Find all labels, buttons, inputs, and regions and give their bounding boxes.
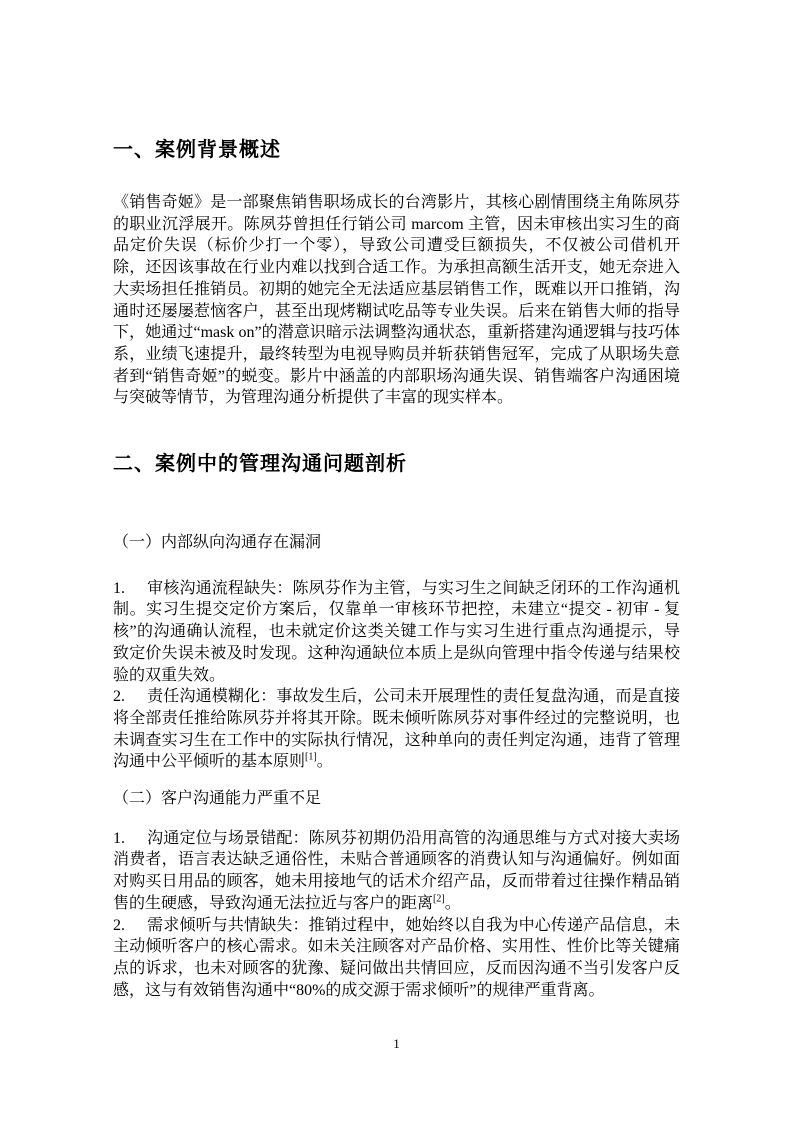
- subsection-2-heading: （二）客户沟通能力严重不足: [113, 788, 680, 810]
- section-2-heading: 二、案例中的管理沟通问题剖析: [113, 452, 680, 476]
- list-item-customer-2: 2.需求倾听与共情缺失：推销过程中，她始终以自我为中心传递产品信息，未主动倾听客…: [113, 915, 680, 1002]
- footnote-ref-2: [2]: [433, 894, 445, 905]
- item-number: 1.: [113, 828, 147, 850]
- item-text: 沟通定位与场景错配：陈夙芬初期仍沿用高管的沟通思维与方式对接大卖场消费者，语言表…: [113, 830, 680, 912]
- item-text: 审核沟通流程缺失：陈夙芬作为主管，与实习生之间缺乏闭环的工作沟通机制。实习生提交…: [113, 580, 680, 684]
- document-page: 一、案例背景概述 《销售奇姬》是一部聚焦销售职场成长的台湾影片，其核心剧情围绕主…: [0, 0, 793, 1122]
- subsection-1-heading: （一）内部纵向沟通存在漏洞: [113, 532, 680, 554]
- item-text: 责任沟通模糊化：事故发生后，公司未开展理性的责任复盘沟通，而是直接将全部责任推给…: [113, 688, 680, 770]
- item-number: 2.: [113, 915, 147, 937]
- section-1-heading: 一、案例背景概述: [113, 138, 680, 162]
- section-1-paragraph: 《销售奇姬》是一部聚焦销售职场成长的台湾影片，其核心剧情围绕主角陈夙芬的职业沉浮…: [113, 192, 680, 409]
- item-number: 1.: [113, 578, 147, 600]
- list-item-internal-1: 1.审核沟通流程缺失：陈夙芬作为主管，与实习生之间缺乏闭环的工作沟通机制。实习生…: [113, 578, 680, 687]
- item-text: 需求倾听与共情缺失：推销过程中，她始终以自我为中心传递产品信息，未主动倾听客户的…: [113, 917, 680, 999]
- item-text-tail: 。: [317, 753, 333, 770]
- item-number: 2.: [113, 686, 147, 708]
- item-text-tail: 。: [445, 895, 461, 912]
- list-item-customer-1: 1.沟通定位与场景错配：陈夙芬初期仍沿用高管的沟通思维与方式对接大卖场消费者，语…: [113, 828, 680, 915]
- page-number: 1: [0, 1036, 793, 1052]
- footnote-ref-1: [1]: [305, 752, 317, 763]
- list-item-internal-2: 2.责任沟通模糊化：事故发生后，公司未开展理性的责任复盘沟通，而是直接将全部责任…: [113, 686, 680, 773]
